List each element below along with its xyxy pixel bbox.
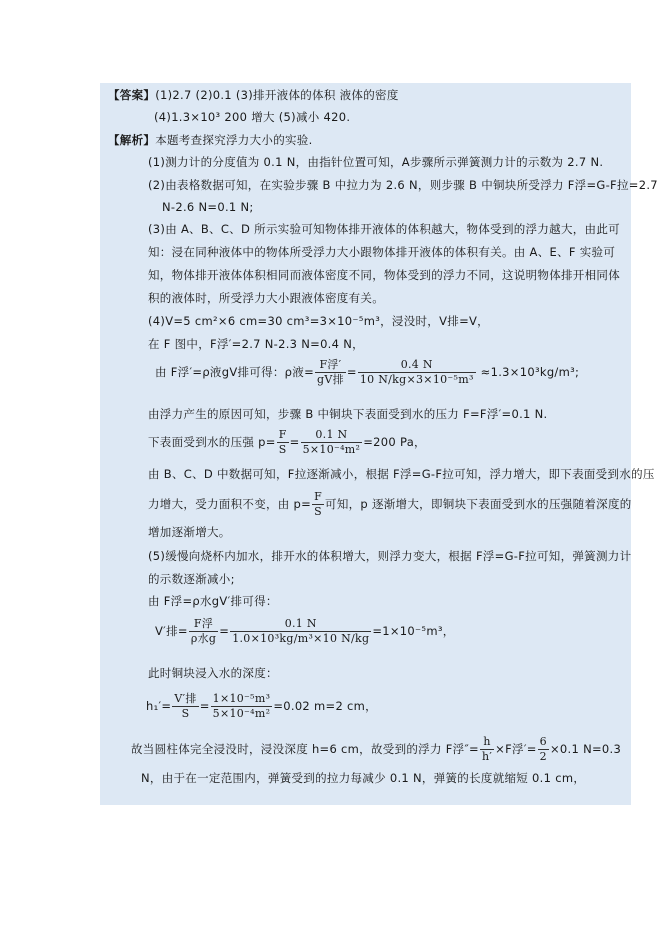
para-3b: 知：浸在同种液体中的物体所受浮力大小跟物体排开液体的体积有关。由 A、E、F 实… xyxy=(148,244,615,260)
para-4c-formula: 由 F浮′=ρ液gV排可得：ρ液=F浮′gV排=0.4 N10 N/kg×3×1… xyxy=(155,358,579,387)
analysis-intro-line: 【解析】本题考查探究浮力大小的实验. xyxy=(108,132,313,148)
fraction: F浮ρ水g xyxy=(189,617,218,646)
para-5c: 由 F浮=ρ水gV′排可得： xyxy=(148,593,278,609)
fraction: hh′ xyxy=(480,735,494,764)
formula-suffix: ≈1.3×10³kg/m³; xyxy=(481,365,580,379)
para-3c: 知，物体排开液体体积相同而液体密度不同，物体受到的浮力不同，这说明物体排开相同体 xyxy=(148,267,620,283)
formula-suffix: =1×10⁻⁵m³， xyxy=(372,624,454,638)
answer-line-2: (4)1.3×10³ 200 增大 (5)减小 420. xyxy=(154,109,350,125)
formula-prefix: V′排= xyxy=(155,624,188,638)
numerator: h xyxy=(480,735,494,750)
para-5f-formula: h₁′=V′排S=1×10⁻⁵m³5×10⁻⁴m²=0.02 m=2 cm， xyxy=(146,692,377,721)
numerator: 0.4 N xyxy=(358,358,476,373)
numerator: 0.1 N xyxy=(301,428,363,443)
para-5h: N，由于在一定范围内，弹簧受到的拉力每减少 0.1 N，弹簧的长度就缩短 0.1… xyxy=(141,770,585,786)
para-1: (1)测力计的分度值为 0.1 N，由指针位置可知，A步骤所示弹簧测力计的示数为… xyxy=(148,154,603,170)
fraction: F浮′gV排 xyxy=(315,358,346,387)
denominator: gV排 xyxy=(315,373,346,387)
numerator: F浮 xyxy=(189,617,218,632)
formula-suffix: =200 Pa， xyxy=(363,435,426,449)
formula-suffix: ×0.1 N=0.3 xyxy=(550,742,621,756)
para-4d: 由浮力产生的原因可知，步骤 B 中铜块下表面受到水的压力 F=F浮′=0.1 N… xyxy=(148,406,547,422)
fraction: 1×10⁻⁵m³5×10⁻⁴m² xyxy=(211,692,273,721)
analysis-intro: 本题考查探究浮力大小的实验. xyxy=(155,133,312,147)
denominator: S xyxy=(312,505,324,519)
para-2b: N-2.6 N=0.1 N; xyxy=(162,199,254,215)
answer-line-1: 【答案】(1)2.7 (2)0.1 (3)排开液体的体积 液体的密度 xyxy=(108,87,399,103)
denominator: ρ水g xyxy=(189,632,218,646)
denominator: h′ xyxy=(480,750,494,764)
para-4h: 增加逐渐增大。 xyxy=(148,524,231,540)
para-4a: (4)V=5 cm²×6 cm=30 cm³=3×10⁻⁵m³，浸没时，V排=V… xyxy=(148,313,489,329)
numerator: 6 xyxy=(538,735,549,750)
para-4b: 在 F 图中，F浮′=2.7 N-2.3 N=0.4 N， xyxy=(148,336,364,352)
para-2a: (2)由表格数据可知，在实验步骤 B 中拉力为 2.6 N，则步骤 B 中铜块所… xyxy=(148,177,658,193)
denominator: 2 xyxy=(538,750,549,764)
formula-prefix: h₁′= xyxy=(146,699,171,713)
numerator: V′排 xyxy=(172,692,198,707)
denominator: 5×10⁻⁴m² xyxy=(211,707,273,721)
fraction: FS xyxy=(312,490,324,519)
denominator: 10 N/kg×3×10⁻⁵m³ xyxy=(358,373,476,387)
fraction: FS xyxy=(277,428,289,457)
formula-suffix: 可知，p 逐渐增大，即铜块下表面受到水的压强随着深度的 xyxy=(325,497,632,511)
para-3a: (3)由 A、B、C、D 所示实验可知物体排开液体的体积越大，物体受到的浮力越大… xyxy=(148,221,620,237)
denominator: 5×10⁻⁴m² xyxy=(301,443,363,457)
para-5b: 的示数逐渐减小; xyxy=(148,571,235,587)
fraction: 62 xyxy=(538,735,549,764)
fraction: 0.1 N5×10⁻⁴m² xyxy=(301,428,363,457)
para-5a: (5)缓慢向烧杯内加水，排开水的体积增大，则浮力变大，根据 F浮=G-F拉可知，… xyxy=(148,548,631,564)
numerator: F xyxy=(312,490,324,505)
formula-middle: ×F浮′= xyxy=(495,742,537,756)
formula-prefix: 故当圆柱体完全浸没时，浸没深度 h=6 cm，故受到的浮力 F浮″= xyxy=(131,742,479,756)
denominator: 1.0×10³kg/m³×10 N/kg xyxy=(230,632,371,646)
formula-suffix: =0.02 m=2 cm， xyxy=(273,699,377,713)
para-5g-formula: 故当圆柱体完全浸没时，浸没深度 h=6 cm，故受到的浮力 F浮″=hh′×F浮… xyxy=(131,735,621,764)
fraction: V′排S xyxy=(172,692,198,721)
para-5e: 此时铜块浸入水的深度： xyxy=(148,665,278,681)
formula-prefix: 由 F浮′=ρ液gV排可得：ρ液= xyxy=(155,365,314,379)
numerator: 1×10⁻⁵m³ xyxy=(211,692,273,707)
para-5d-formula: V′排=F浮ρ水g=0.1 N1.0×10³kg/m³×10 N/kg=1×10… xyxy=(155,617,455,646)
fraction: 0.1 N1.0×10³kg/m³×10 N/kg xyxy=(230,617,371,646)
numerator: F xyxy=(277,428,289,443)
para-4e-formula: 下表面受到水的压强 p=FS=0.1 N5×10⁻⁴m²=200 Pa， xyxy=(148,428,426,457)
numerator: 0.1 N xyxy=(230,617,371,632)
denominator: S xyxy=(277,443,289,457)
denominator: S xyxy=(172,707,198,721)
para-4g-formula: 力增大，受力面积不变，由 p=FS可知，p 逐渐增大，即铜块下表面受到水的压强随… xyxy=(148,490,632,519)
answer-text-1: (1)2.7 (2)0.1 (3)排开液体的体积 液体的密度 xyxy=(155,88,398,102)
numerator: F浮′ xyxy=(315,358,346,373)
analysis-label: 【解析】 xyxy=(108,133,155,147)
para-3d: 积的液体时，所受浮力大小跟液体密度有关。 xyxy=(148,290,384,306)
answer-label: 【答案】 xyxy=(108,88,155,102)
formula-prefix: 下表面受到水的压强 p= xyxy=(148,435,276,449)
fraction: 0.4 N10 N/kg×3×10⁻⁵m³ xyxy=(358,358,476,387)
formula-prefix: 力增大，受力面积不变，由 p= xyxy=(148,497,311,511)
para-4f: 由 B、C、D 中数据可知，F拉逐渐减小，根据 F浮=G-F拉可知，浮力增大，即… xyxy=(148,466,655,482)
